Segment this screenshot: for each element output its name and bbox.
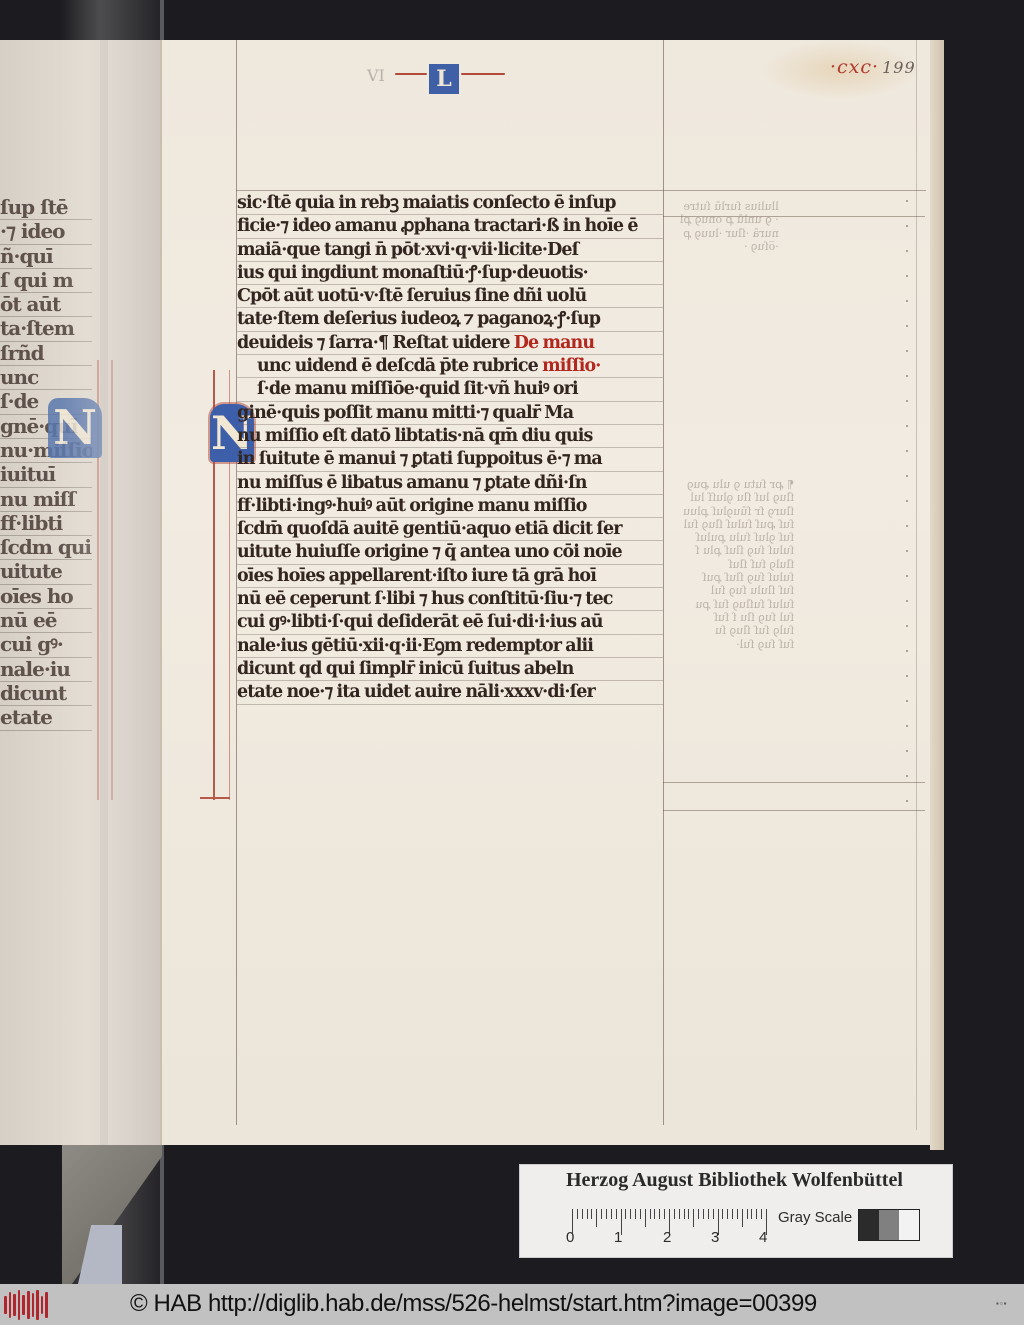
text-line: in ſuitute ē manui ⁊ ꝑtati ſuppoitus ē·⁊…: [237, 448, 663, 471]
flourish-right: [461, 73, 505, 75]
text-line: nu miſſus ē libatus amanu ⁊ ꝑtate dñi·ſn: [237, 472, 663, 495]
text-line: sic·ſtē quia in rebꝫ maiatis conſecto ē …: [237, 192, 663, 215]
text-line: cui gꝰ·libti·ſ·qui deſiderāt eē ſui·di·i…: [237, 611, 663, 634]
institution-name: Herzog August Bibliothek Wolfenbüttel: [566, 1169, 903, 1192]
folio-number: ·cxc·199: [830, 56, 916, 78]
corner-mark-icon: ▪▫▪: [996, 1299, 1008, 1308]
text-line: unc uidend ē deſcdā p̄te rubrice miſſio·: [237, 355, 663, 378]
ruling-vertical-outer: [916, 40, 917, 1130]
plastic-sleeve: [60, 0, 160, 1284]
pen-flourish-border-foot: [200, 797, 230, 799]
folio-number-medieval: ·cxc·: [830, 56, 879, 78]
main-text-column: sic·ſtē quia in rebꝫ maiatis conſecto ē …: [237, 192, 663, 705]
text-line: ius qui ingdiunt monaſtiū·ꝭ·ſup·deuotis·: [237, 262, 663, 285]
ruler-label-3: 3: [711, 1229, 719, 1246]
folio-edge: [930, 40, 944, 1150]
text-line: ff·libti·ingꝰ·huiꝰ aūt origine manu miſſ…: [237, 495, 663, 518]
text-line: Cpōt aūt uotū·v·ſtē ſeruius ſine dñi uol…: [237, 285, 663, 308]
gray-scale-label: Gray Scale: [778, 1209, 852, 1226]
text-line: ginē·quis poſſit manu mitti·⁊ qualr̄ Ma: [237, 402, 663, 425]
text-line: etate noe·⁊ ita uidet auire nāli·xxxv·di…: [237, 681, 663, 704]
color-reference-card: Herzog August Bibliothek Wolfenbüttel 0 …: [520, 1165, 952, 1257]
text-line: dicunt qd qui ſimplr̄ inicū ſuitus abeln: [237, 658, 663, 681]
text-line: nū eē ceperunt ſ·libi ⁊ hus conſtitū·ſiu…: [237, 588, 663, 611]
ruling-vertical-right: [663, 40, 664, 1125]
ruling-margin-bottom-2: [663, 810, 925, 811]
text-line: maiā·que tangi n̄ pōt·xvi·q·vii·licite·D…: [237, 239, 663, 262]
text-line: ſ·de manu miſſiōe·quid ſit·vñ huiꝰ ori: [237, 378, 663, 401]
ruler-label-1: 1: [614, 1229, 622, 1246]
ruler-label-4: 4: [759, 1229, 767, 1246]
viewer-footer: © HAB http://diglib.hab.de/mss/526-helms…: [0, 1284, 1024, 1325]
text-line: oīes hoīes appellarent·iſto iure tā grā …: [237, 565, 663, 588]
gray-swatch-mid: [879, 1210, 899, 1240]
hab-logo-icon[interactable]: [4, 1288, 48, 1321]
running-head: VI L: [395, 60, 515, 100]
folio-number-modern: 199: [882, 58, 916, 77]
text-line: nale·ius gētiū·xii·q·ii·Eꝯm redemptor al…: [237, 635, 663, 658]
flourish-left: [395, 73, 427, 75]
rubric-text: miſſio·: [542, 356, 600, 376]
text-line: tate·ſtem deſerius iudeoꝝ ⁊ paganoꝝ·ꝭ·ſu…: [237, 308, 663, 331]
gray-swatch-light: [899, 1210, 919, 1240]
text-line: uitute huiuſſe origine ⁊ q̄ antea uno cō…: [237, 541, 663, 564]
running-head-faint-mark: VI: [367, 66, 385, 85]
running-head-letter: L: [429, 64, 459, 94]
show-through-text-lower: ¶ ꝓr ſutu ꝯ ulu ꝓuꝯſluꝯ luſ ſlu ꝯluſſ lu…: [683, 478, 794, 651]
rubric-text: De manu: [514, 333, 594, 353]
manuscript-image-viewer: ſup ſtē·⁊ ideoñ·quīſ qui mōt aūtta·ſtemſ…: [0, 0, 1024, 1284]
copyright-url[interactable]: © HAB http://diglib.hab.de/mss/526-helms…: [130, 1290, 817, 1318]
text-line: ficie·⁊ ideo amanu ꝓphana tractari·ß in …: [237, 215, 663, 238]
text-line: ſcdm̄ quoſdā auitē gentiū·aquo etiā dici…: [237, 518, 663, 541]
ruling-top: [236, 190, 926, 191]
gray-swatch-dark: [859, 1210, 879, 1240]
text-line: nu miſſio eſt datō libtatis·nā qm̄ diu q…: [237, 425, 663, 448]
ruling-margin-bottom: [663, 782, 925, 783]
ruler-label-2: 2: [663, 1229, 671, 1246]
gray-scale-swatches: [858, 1209, 920, 1241]
ruler-label-0: 0: [566, 1229, 574, 1246]
show-through-text-upper: llulius ſurlū ſutre· ꝯ unlū ꝓ onuꝯ ꝓlnur…: [680, 200, 779, 253]
text-line: deuideis ⁊ ſarra·¶ Reſtat uidere De manu: [237, 332, 663, 355]
